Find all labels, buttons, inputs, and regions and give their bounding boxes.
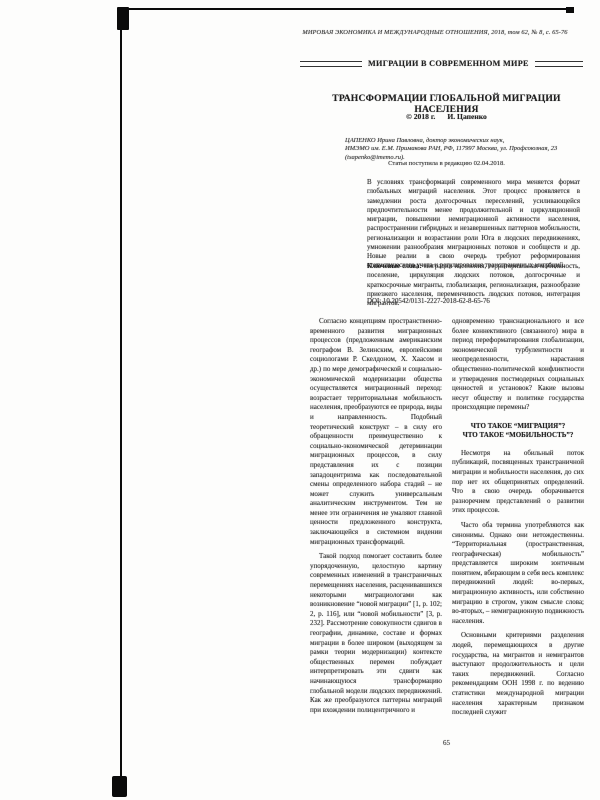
copyright-line: © 2018 г.И. Цапенко xyxy=(308,112,585,121)
abstract: В условиях трансформаций современного ми… xyxy=(367,178,580,271)
doi-line: DOI: 10.20542/0131-2227-2018-62-8-65-76 xyxy=(367,298,580,305)
scan-artifact-bottom-left xyxy=(112,776,127,797)
banner-rule-right xyxy=(535,61,583,67)
scan-artifact-top-right xyxy=(566,7,574,13)
section-banner-title: МИГРАЦИИ В СОВРЕМЕННОМ МИРЕ xyxy=(368,59,529,68)
keywords-label: Ключевые слова: xyxy=(367,263,422,270)
author-short-name: И. Цапенко xyxy=(447,112,487,121)
journal-header: МИРОВАЯ ЭКОНОМИКА И МЕЖДУНАРОДНЫЕ ОТНОШЕ… xyxy=(290,29,580,36)
section-heading-line1: ЧТО ТАКОЕ “МИГРАЦИЯ”? xyxy=(452,422,584,431)
received-date-line: Статья поступила в редакцию 02.04.2018. xyxy=(308,160,585,167)
left-column: Согласно концепциям пространственно-врем… xyxy=(310,317,442,723)
scan-artifact-top-left xyxy=(117,7,129,30)
body-paragraph: Часто оба термина употребляются как сино… xyxy=(452,521,584,627)
body-text-columns: Согласно концепциям пространственно-врем… xyxy=(310,317,584,723)
right-column: одновременно транснационального и все бо… xyxy=(452,317,584,723)
body-paragraph: Согласно концепциям пространственно-врем… xyxy=(310,317,442,547)
section-banner: МИГРАЦИИ В СОВРЕМЕННОМ МИРЕ xyxy=(300,59,583,68)
scan-artifact-left-edge xyxy=(120,8,122,788)
banner-rule-left xyxy=(300,61,362,67)
page-number: 65 xyxy=(308,739,585,747)
author-affiliation-block: ЦАПЕНКО Ирина Павловна, доктор экономиче… xyxy=(345,137,583,162)
body-paragraph: одновременно транснационального и все бо… xyxy=(452,317,584,413)
body-paragraph: Такой подход помогает составить более уп… xyxy=(310,552,442,715)
section-heading-line2: ЧТО ТАКОЕ “МОБИЛЬНОСТЬ”? xyxy=(452,431,584,440)
body-paragraph: Основными критериями разделения людей, п… xyxy=(452,631,584,717)
copyright-year: © 2018 г. xyxy=(406,112,435,121)
body-paragraph: Несмотря на обильный поток публикаций, п… xyxy=(452,449,584,516)
scanned-page: МИРОВАЯ ЭКОНОМИКА И МЕЖДУНАРОДНЫЕ ОТНОШЕ… xyxy=(0,0,600,800)
scan-artifact-top-line xyxy=(126,8,573,10)
section-heading: ЧТО ТАКОЕ “МИГРАЦИЯ”? ЧТО ТАКОЕ “МОБИЛЬН… xyxy=(452,422,584,441)
